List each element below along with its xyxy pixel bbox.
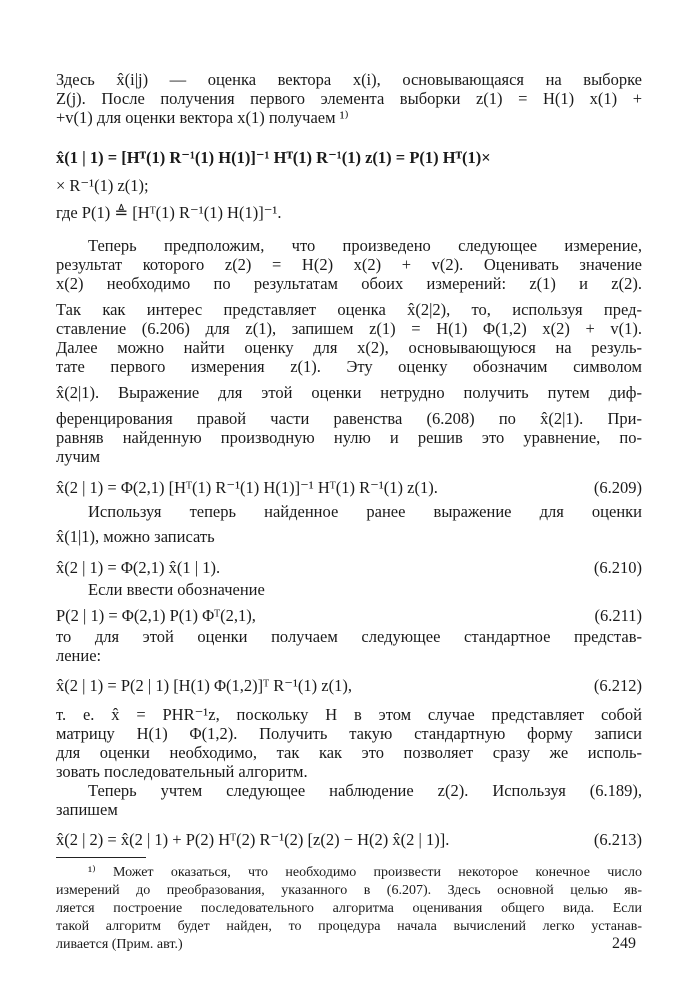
text-line: Так как интерес представляет оценка x̂(2…: [56, 300, 642, 320]
equation-line: x̂(2 | 1) = Φ(2,1) [Hᵀ(1) R⁻¹(1) H(1)]⁻¹…: [56, 478, 438, 498]
text-line: ставление (6.206) для z(1), запишем z(1)…: [56, 319, 642, 339]
text-line: x̂(1|1), можно записать: [56, 527, 215, 547]
text-line: зовать последовательный алгоритм.: [56, 762, 308, 782]
equation-line: x̂(2 | 1) = P(2 | 1) [H(1) Φ(1,2)]ᵀ R⁻¹(…: [56, 676, 352, 696]
text-line: т. е. x̂ = PHR⁻¹z, поскольку H в этом сл…: [56, 705, 642, 725]
footnote-line: ливается (Прим. авт.): [56, 936, 183, 954]
text-line: Z(j). После получения первого элемента в…: [56, 89, 642, 109]
footnote-line: такой алгоритм будет найден, то процедур…: [56, 918, 642, 936]
equation-number: (6.213): [594, 830, 642, 850]
footnote-divider: [56, 857, 146, 858]
equation-line: x̂(2 | 1) = Φ(2,1) x̂(1 | 1).: [56, 558, 220, 578]
equation-number: (6.210): [594, 558, 642, 578]
equation-number: (6.209): [594, 478, 642, 498]
equation-line: x̂(2 | 2) = x̂(2 | 1) + P(2) Hᵀ(2) R⁻¹(2…: [56, 830, 449, 850]
text-line: запишем: [56, 800, 118, 820]
text-line: Теперь предположим, что произведено след…: [56, 236, 642, 256]
text-line: x(2) необходимо по результатам обоих изм…: [56, 274, 642, 294]
footnote-line: измерений до преобразования, указанного …: [56, 882, 642, 900]
equation-number: (6.211): [594, 606, 642, 626]
text-line: тате первого измерения z(1). Эту оценку …: [56, 357, 642, 377]
page-number: 249: [612, 935, 636, 953]
text-line: Используя теперь найденное ранее выражен…: [56, 502, 642, 522]
text-line: равняв найденную производную нулю и реши…: [56, 428, 642, 448]
footnote-line: ¹⁾ Может оказаться, что необходимо произ…: [56, 864, 642, 882]
text-line: Здесь x̂(i|j) — оценка вектора x(i), осн…: [56, 70, 642, 90]
text-line: +v(1) для оценки вектора x(1) получаем ¹…: [56, 108, 349, 128]
text-line: то для этой оценки получаем следующее ст…: [56, 627, 642, 647]
text-line: Теперь учтем следующее наблюдение z(2). …: [56, 781, 642, 801]
text-line: для оценки необходимо, так как это позво…: [56, 743, 642, 763]
text-line: ференцирования правой части равенства (6…: [56, 409, 642, 429]
text-line: ление:: [56, 646, 101, 666]
equation-line: × R⁻¹(1) z(1);: [56, 176, 149, 196]
footnote-line: ляется построение последовательного алго…: [56, 900, 642, 918]
text-line: лучим: [56, 447, 100, 467]
equation-line: где P(1) ≜ [Hᵀ(1) R⁻¹(1) H(1)]⁻¹.: [56, 203, 282, 223]
text-line: x̂(2|1). Выражение для этой оценки нетру…: [56, 383, 642, 403]
equation-line: P(2 | 1) = Φ(2,1) P(1) Φᵀ(2,1),: [56, 606, 256, 626]
text-line: матрицу H(1) Φ(1,2). Получить такую стан…: [56, 724, 642, 744]
text-line: результат которого z(2) = H(2) x(2) + v(…: [56, 255, 642, 275]
equation-number: (6.212): [594, 676, 642, 696]
equation-line: x̂(1 | 1) = [Hᵀ(1) R⁻¹(1) H(1)]⁻¹ Hᵀ(1) …: [56, 148, 491, 168]
text-line: Далее можно найти оценку для x(2), основ…: [56, 338, 642, 358]
text-line: Если ввести обозначение: [56, 580, 265, 600]
